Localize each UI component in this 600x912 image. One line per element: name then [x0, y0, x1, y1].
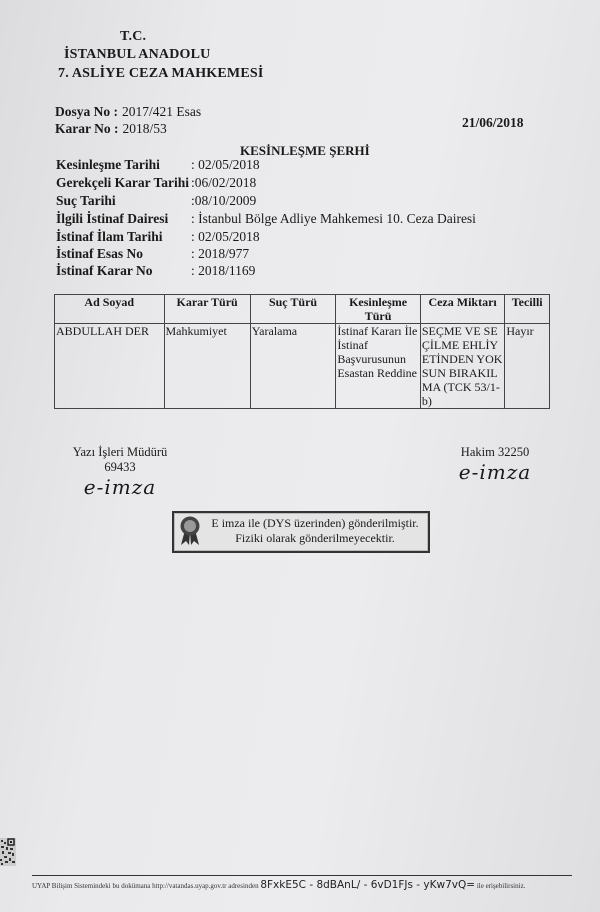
clerk-signature: Yazı İşleri Müdürü 69433 e-imza: [60, 445, 180, 499]
header-city: İSTANBUL ANADOLU: [64, 47, 210, 63]
footer-suffix: ile erişebilirsiniz.: [477, 882, 526, 890]
cell-karar-turu: Mahkumiyet: [164, 324, 250, 409]
sentence-table: Ad Soyad Karar Türü Suç Türü Kesinleşme …: [54, 294, 550, 409]
verification-code: 8FxkE5C - 8dBAnL/ - 6vD1FJs - yKw7vQ=: [260, 879, 475, 891]
cell-tecilli: Hayır: [505, 324, 550, 409]
notice-line-1: E imza ile (DYS üzerinden) gönderilmişti…: [204, 516, 426, 531]
field-row: Suç Tarihi:08/10/2009: [56, 193, 256, 209]
field-row: İstinaf İlam Tarihi: 02/05/2018: [56, 229, 260, 245]
col-kesinlesme-turu: Kesinleşme Türü: [336, 295, 421, 324]
judge-e-signature: e-imza: [445, 460, 545, 484]
table-header-row: Ad Soyad Karar Türü Suç Türü Kesinleşme …: [55, 295, 550, 324]
footer-divider: [32, 875, 572, 876]
field-row: Gerekçeli Karar Tarihi:06/02/2018: [56, 175, 256, 191]
footer-verification: UYAP Bilişim Sistemindeki bu dokümana ht…: [32, 879, 525, 891]
field-row: İstinaf Esas No: 2018/977: [56, 246, 249, 262]
header-tc: T.C.: [120, 29, 146, 45]
dosya-no: Dosya No : 2017/421 Esas: [55, 103, 201, 121]
cell-ceza-miktari: SEÇME VE SEÇİLME EHLİYETİNDEN YOKSUN BIR…: [420, 324, 504, 409]
col-ad-soyad: Ad Soyad: [55, 295, 165, 324]
cell-ad-soyad: ABDULLAH DER: [55, 324, 165, 409]
field-row: Kesinleşme Tarihi: 02/05/2018: [56, 157, 260, 173]
karar-no: Karar No : 2018/53: [55, 120, 167, 138]
award-rosette-icon: [179, 516, 201, 546]
qr-code-icon: [0, 838, 16, 866]
col-tecilli: Tecilli: [505, 295, 550, 324]
e-signature-notice: E imza ile (DYS üzerinden) gönderilmişti…: [172, 511, 430, 553]
table-row: ABDULLAH DER Mahkumiyet Yaralama İstinaf…: [55, 324, 550, 409]
clerk-title: Yazı İşleri Müdürü: [60, 445, 180, 460]
field-row: İstinaf Karar No: 2018/1169: [56, 263, 255, 279]
cell-suc-turu: Yaralama: [250, 324, 336, 409]
document-date: 21/06/2018: [462, 115, 524, 131]
header-court: 7. ASLİYE CEZA MAHKEMESİ: [58, 66, 264, 82]
col-ceza-miktari: Ceza Miktarı: [420, 295, 504, 324]
clerk-id: 69433: [60, 460, 180, 475]
col-suc-turu: Suç Türü: [250, 295, 336, 324]
cell-kesinlesme-turu: İstinaf Kararı İle İstinaf Başvurusunun …: [336, 324, 421, 409]
judge-title: Hakim 32250: [445, 445, 545, 460]
field-row: İlgili İstinaf Dairesi: İstanbul Bölge A…: [56, 211, 476, 227]
col-karar-turu: Karar Türü: [164, 295, 250, 324]
footer-prefix: UYAP Bilişim Sistemindeki bu dokümana ht…: [32, 882, 259, 890]
notice-line-2: Fiziki olarak gönderilmeyecektir.: [204, 531, 426, 546]
clerk-e-signature: e-imza: [60, 475, 180, 499]
judge-signature: Hakim 32250 e-imza: [445, 445, 545, 484]
